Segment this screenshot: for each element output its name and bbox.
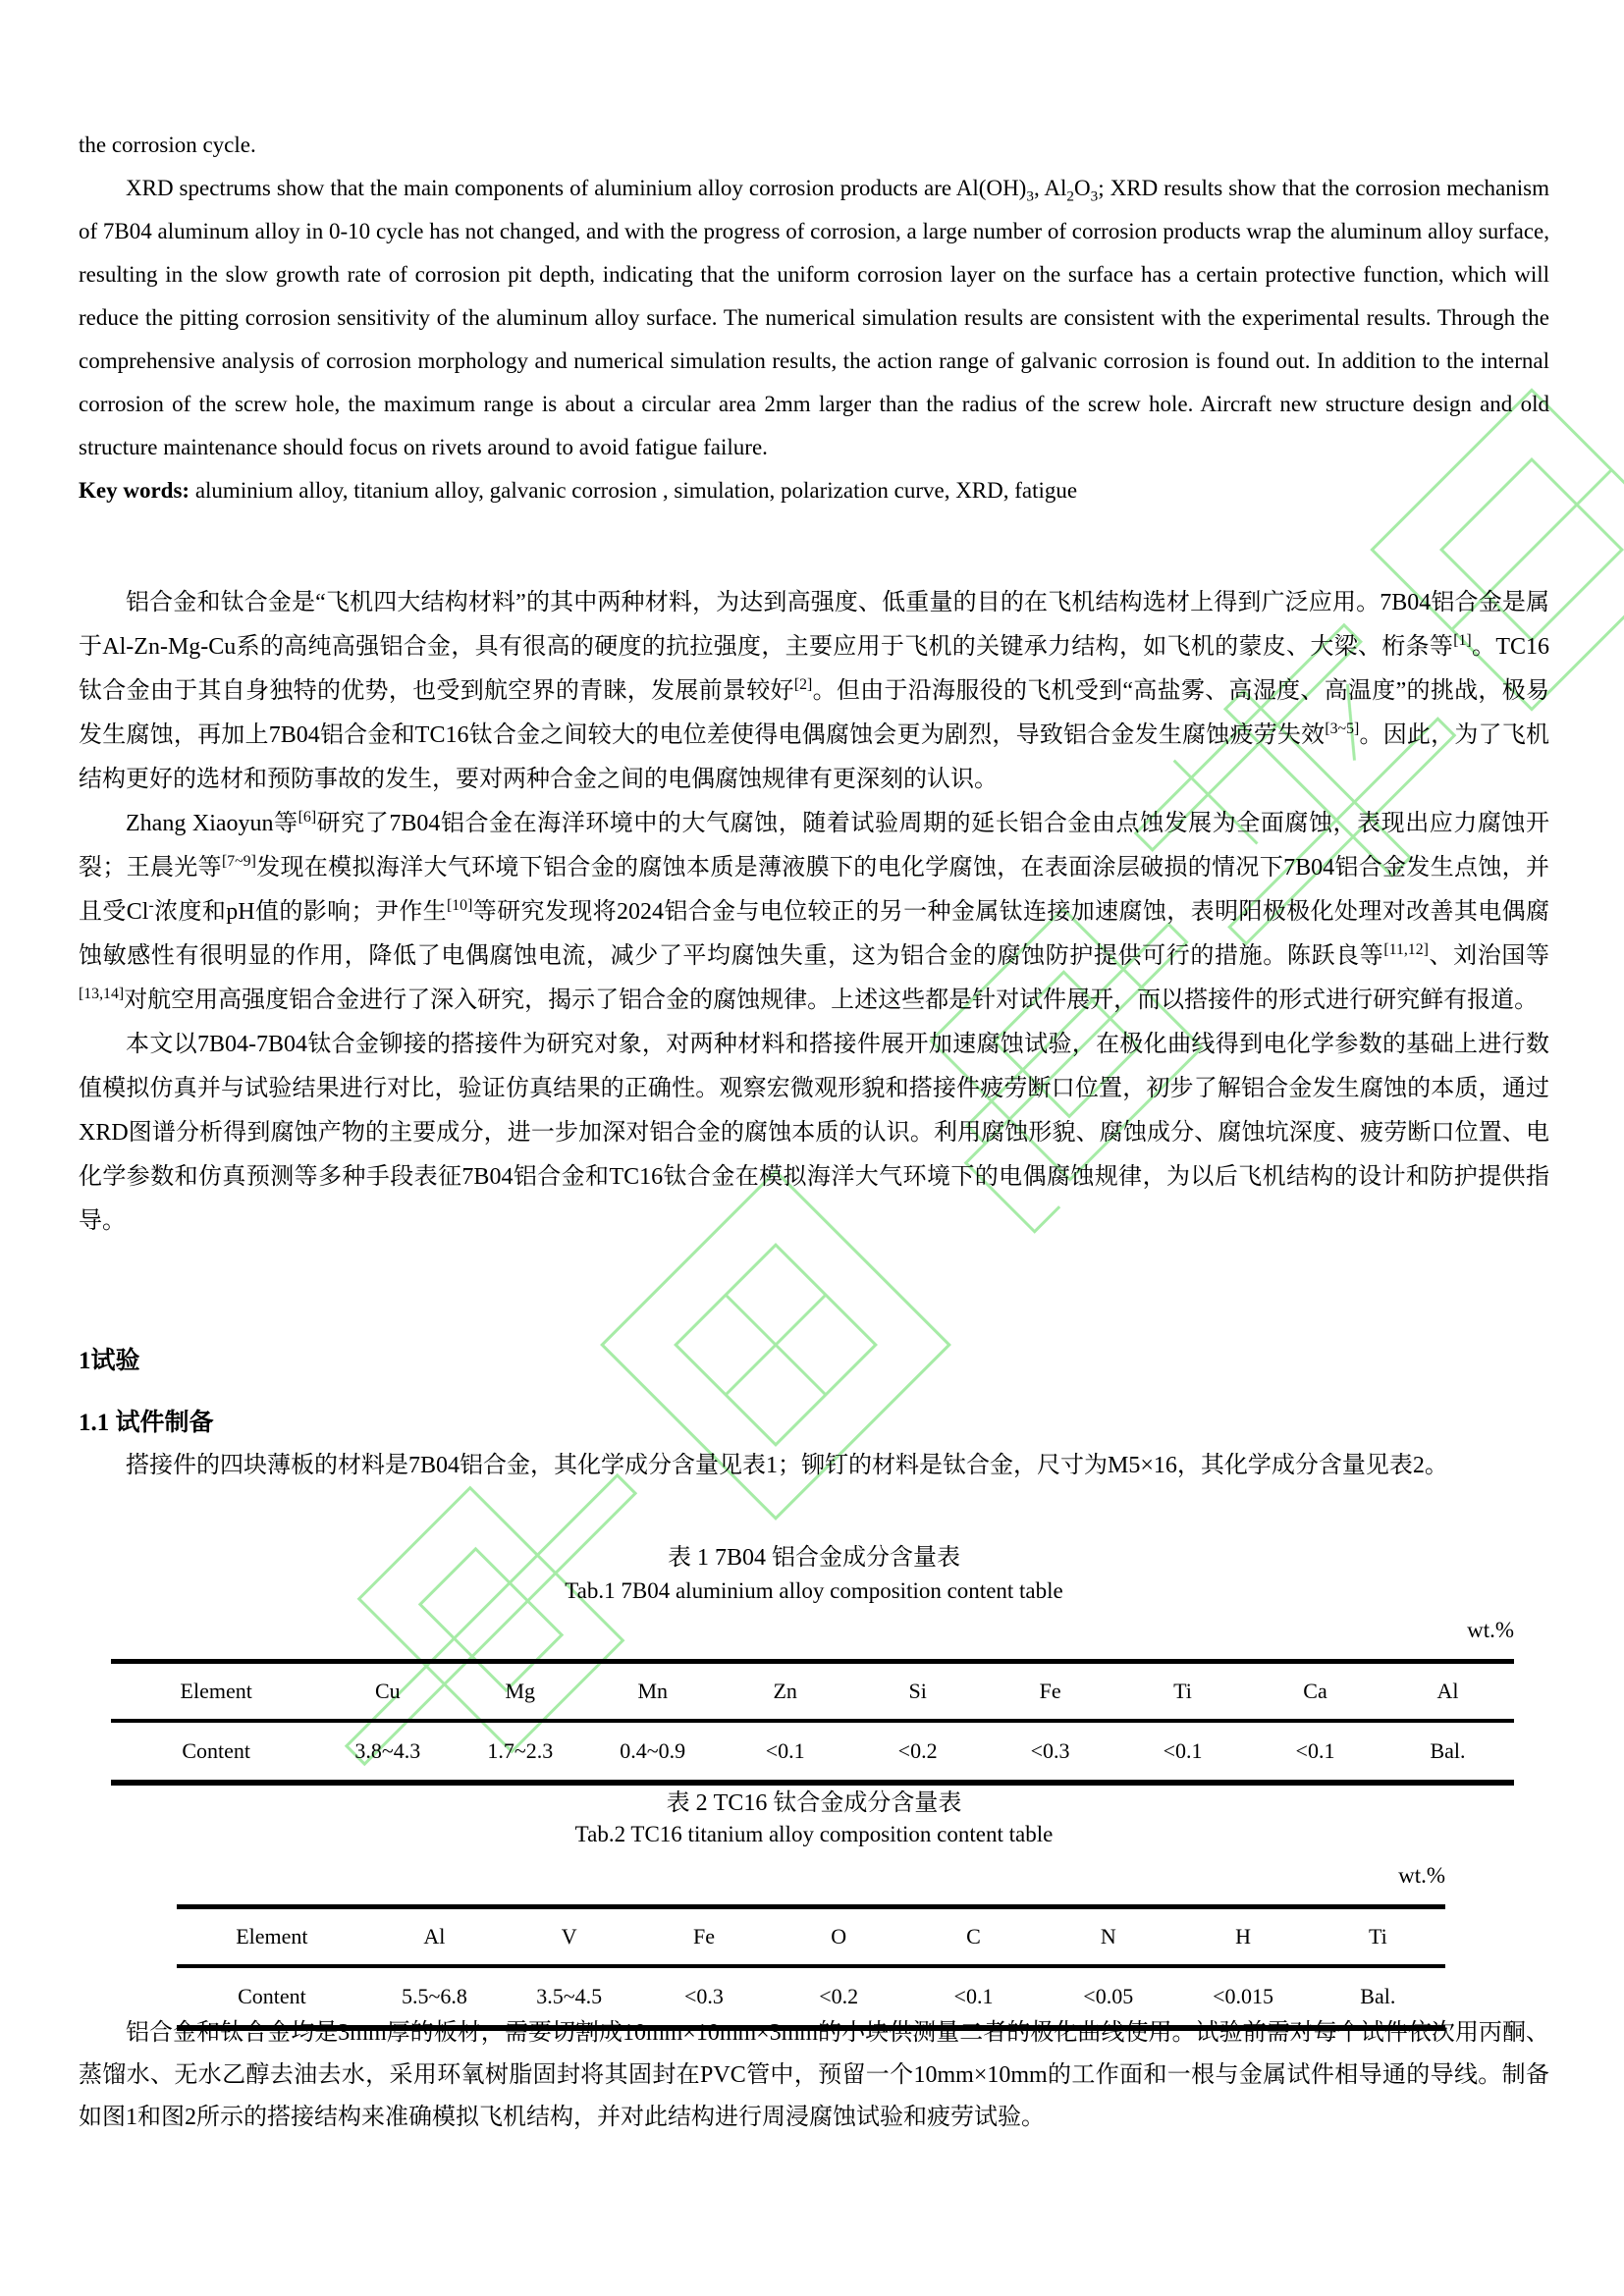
table1-row-label: Content [111, 1721, 321, 1783]
table1-value-cell: 0.4~0.9 [586, 1721, 719, 1783]
abstract-paragraph: XRD spectrums show that the main compone… [79, 167, 1549, 469]
table1-unit-label: wt.% [111, 1618, 1514, 1643]
table1-header-cell: Si [851, 1662, 984, 1722]
table1-value-cell: Bal. [1381, 1721, 1514, 1783]
intro-paragraph-2: Zhang Xiaoyun等[6]研究了7B04铝合金在海洋环境中的大气腐蚀，随… [79, 802, 1549, 1023]
introduction-section: 铝合金和钛合金是“飞机四大结构材料”的其中两种材料，为达到高强度、低重量的目的在… [79, 581, 1549, 1244]
table1-header-cell: Ti [1116, 1662, 1249, 1722]
table2-header-cell: N [1041, 1907, 1175, 1967]
table1-value-cell: <0.1 [1116, 1721, 1249, 1783]
section-1-heading: 1试验 [79, 1341, 140, 1376]
keywords-line: Key words: aluminium alloy, titanium all… [79, 469, 1549, 512]
table1-header-cell: Element [111, 1662, 321, 1722]
table2-header-cell: V [502, 1907, 636, 1967]
table2-header-cell: Al [367, 1907, 502, 1967]
table1-value-cell: <0.1 [719, 1721, 851, 1783]
abstract-section: the corrosion cycle. XRD spectrums show … [79, 124, 1549, 512]
table1-header-cell: Zn [719, 1662, 851, 1722]
table1-header-cell: Fe [984, 1662, 1116, 1722]
table1-caption-zh: 表 1 7B04 铝合金成分含量表 [79, 1537, 1549, 1572]
table2-unit-label: wt.% [177, 1863, 1445, 1889]
intro-paragraph-3: 本文以7B04-7B04钛合金铆接的搭接件为研究对象，对两种材料和搭接件展开加速… [79, 1023, 1549, 1244]
specimen-preparation-paragraph: 搭接件的四块薄板的材料是7B04铝合金，其化学成分含量见表1；铆钉的材料是钛合金… [79, 1445, 1549, 1486]
document-page: the corrosion cycle. XRD spectrums show … [0, 0, 1624, 2296]
table1-value-cell: <0.1 [1249, 1721, 1381, 1783]
table1-header-cell: Ca [1249, 1662, 1381, 1722]
closing-paragraph-block: 铝合金和钛合金均是3mm厚的板材，需要切割成10mm×10mm×3mm的小块供测… [79, 2012, 1549, 2139]
table1-header-cell: Mn [586, 1662, 719, 1722]
keywords-label: Key words: [79, 478, 189, 503]
table1-caption-en: Tab.1 7B04 aluminium alloy composition c… [79, 1578, 1549, 1604]
abstract-tail-line: the corrosion cycle. [79, 124, 1549, 167]
intro-paragraph-1: 铝合金和钛合金是“飞机四大结构材料”的其中两种材料，为达到高强度、低重量的目的在… [79, 581, 1549, 802]
table1-value-cell: <0.2 [851, 1721, 984, 1783]
table2-header-cell: Ti [1311, 1907, 1445, 1967]
table2-header-cell: Element [177, 1907, 367, 1967]
table1-value-cell: 1.7~2.3 [454, 1721, 586, 1783]
table2-header-cell: O [772, 1907, 906, 1967]
closing-paragraph: 铝合金和钛合金均是3mm厚的板材，需要切割成10mm×10mm×3mm的小块供测… [79, 2012, 1549, 2139]
table1-header-cell: Cu [321, 1662, 454, 1722]
table1-value-cell: <0.3 [984, 1721, 1116, 1783]
section-1-1-heading: 1.1 试件制备 [79, 1403, 214, 1438]
table2-caption-en: Tab.2 TC16 titanium alloy composition co… [79, 1822, 1549, 1847]
table2-header-cell: H [1175, 1907, 1310, 1967]
table1-composition: Element Cu Mg Mn Zn Si Fe Ti Ca Al Conte… [111, 1659, 1514, 1786]
table2-caption-zh: 表 2 TC16 钛合金成分含量表 [79, 1783, 1549, 1817]
table1-header-row: Element Cu Mg Mn Zn Si Fe Ti Ca Al [111, 1662, 1514, 1722]
table2-header-row: Element Al V Fe O C N H Ti [177, 1907, 1445, 1967]
table1-header-cell: Al [1381, 1662, 1514, 1722]
table2-header-cell: C [906, 1907, 1041, 1967]
table1-content-row: Content 3.8~4.3 1.7~2.3 0.4~0.9 <0.1 <0.… [111, 1721, 1514, 1783]
table1-value-cell: 3.8~4.3 [321, 1721, 454, 1783]
specimen-preparation-text: 搭接件的四块薄板的材料是7B04铝合金，其化学成分含量见表1；铆钉的材料是钛合金… [79, 1445, 1549, 1486]
keywords-text: aluminium alloy, titanium alloy, galvani… [189, 478, 1077, 503]
table1-header-cell: Mg [454, 1662, 586, 1722]
table2-header-cell: Fe [636, 1907, 771, 1967]
